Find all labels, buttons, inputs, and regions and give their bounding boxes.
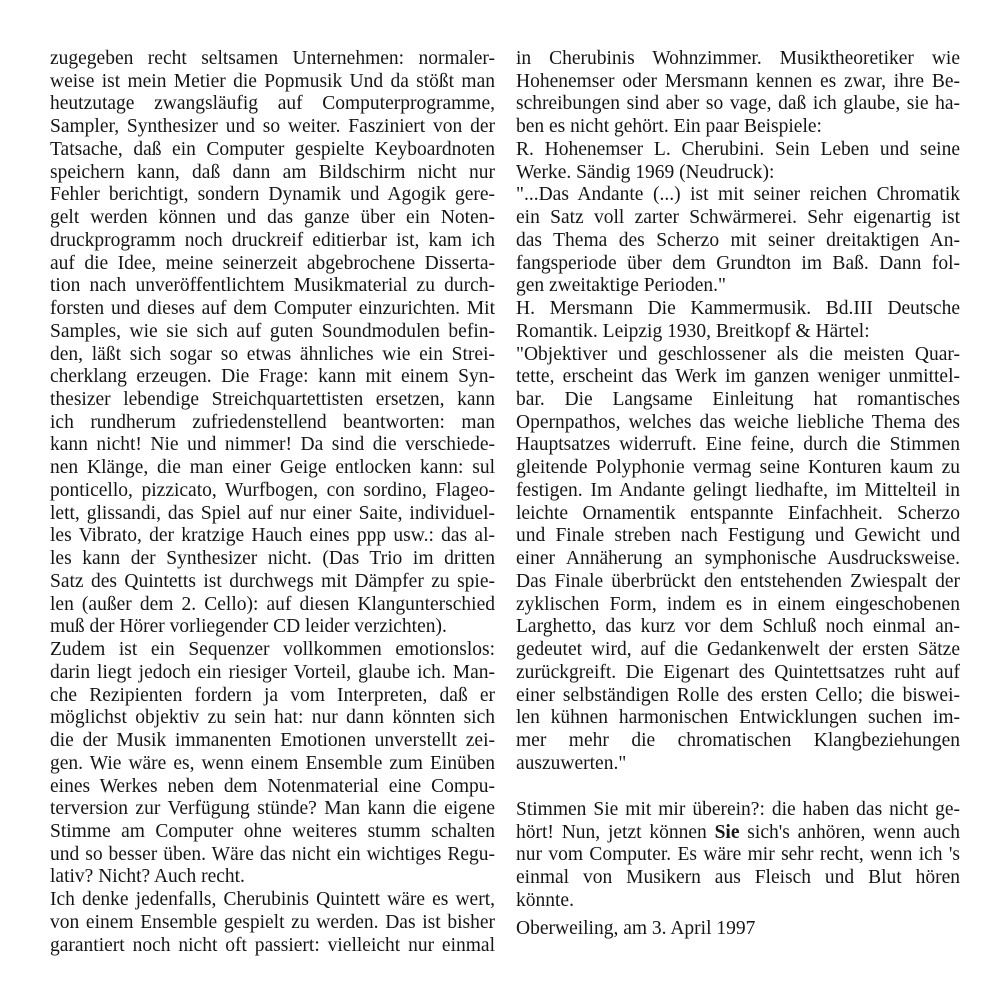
text-line: lativ? Nicht? Auch recht. [50, 866, 495, 889]
quote-line: fangsperiode über dem Grundton im Baß. D… [516, 253, 960, 276]
text-line: kann nicht! Nie und nimmer! Da sind die … [50, 434, 495, 457]
citation-line: Werke. Sändig 1969 (Neudruck): [516, 162, 960, 185]
text-line: heutzutage zwangsläufig auf Computerprog… [50, 93, 495, 116]
quote-line: mer mehr die chromatischen Klangbeziehun… [516, 730, 960, 753]
quote-line: ein Satz voll zarter Schwärmerei. Sehr e… [516, 207, 960, 230]
text-line: cherklang erzeugen. Die Frage: kann mit … [50, 366, 495, 389]
text-line: nur vom Computer. Es wäre mir sehr recht… [516, 844, 960, 867]
left-text-column: zugegeben recht seltsamen Unternehmen: n… [50, 48, 495, 957]
text-line: Satz des Quintetts ist durchwegs mit Däm… [50, 571, 495, 594]
text-line: Tatsache, daß ein Computer gespielte Key… [50, 139, 495, 162]
quote-line: zyklischen Form, indem es in einem einge… [516, 594, 960, 617]
quote-line: Larghetto, das kurz vor dem Schluß noch … [516, 616, 960, 639]
text-line: könnte. [516, 890, 960, 913]
quote-line: gen zweitaktige Perioden." [516, 275, 960, 298]
text-line: Stimme am Computer ohne weiteres stumm s… [50, 821, 495, 844]
text-line: garantiert noch nicht oft passiert: viel… [50, 935, 495, 958]
quote-line: einer selbständigen Rolle des ersten Cel… [516, 685, 960, 708]
closing-paragraph: Stimmen Sie mit mir überein?: die haben … [516, 799, 960, 913]
text-line: Hohenemser oder Mersmann kennen es zwar,… [516, 71, 960, 94]
text-line: Zudem ist ein Sequenzer vollkommen emoti… [50, 639, 495, 662]
quote-line: Opernpathos, welches das weiche lieblich… [516, 412, 960, 435]
quote-line: len kühnen harmonischen Entwicklungen su… [516, 707, 960, 730]
citation-line: Romantik. Leipzig 1930, Breitkopf & Härt… [516, 321, 960, 344]
quote-line: festigen. Im Andante gelingt liedhafte, … [516, 480, 960, 503]
right-text-column: in Cherubinis Wohnzimmer. Musiktheoretik… [516, 48, 960, 940]
text-line: les Vibrato, der kratzige Hauch eines pp… [50, 525, 495, 548]
text-line: gelt werden können und das ganze über ei… [50, 207, 495, 230]
text-line: ben es nicht gehört. Ein paar Beispiele: [516, 116, 960, 139]
text-line: auf die Idee, meine seinerzeit abgebroch… [50, 253, 495, 276]
text-line: che Rezipienten fordern ja vom Interpret… [50, 685, 495, 708]
text-line: Stimmen Sie mit mir überein?: die haben … [516, 799, 960, 822]
quote-line: Das Finale überbrückt den entstehenden Z… [516, 571, 960, 594]
quote-line: bar. Die Langsame Einleitung hat romanti… [516, 389, 960, 412]
quote-line: leichte Ornamentik entspannte Einfachhei… [516, 503, 960, 526]
quote-line: "Objektiver und geschlossener als die me… [516, 344, 960, 367]
text-line: einmal von Musikern aus Fleisch und Blut… [516, 867, 960, 890]
quote-line: gleitende Polyphonie vermag seine Kontur… [516, 457, 960, 480]
quote-line: und Finale streben nach Festigung und Ge… [516, 525, 960, 548]
text-line: tion nach unveröffentlichtem Musikmateri… [50, 275, 495, 298]
quote-line: Hauptsatzes widerruft. Eine feine, durch… [516, 434, 960, 457]
text-line: lett, glissandi, das Spiel auf nur einer… [50, 503, 495, 526]
text-line: weise ist mein Metier die Popmusik Und d… [50, 71, 495, 94]
text-line: zugegeben recht seltsamen Unternehmen: n… [50, 48, 495, 71]
text-line: nen Klänge, die man einer Geige entlocke… [50, 457, 495, 480]
signoff-place-date: Oberweiling, am 3. April 1997 [516, 918, 960, 941]
text-line: den, läßt sich sogar so etwas ähnliches … [50, 344, 495, 367]
quote-line: tette, erscheint das Werk im ganzen weni… [516, 366, 960, 389]
document-page: zugegeben recht seltsamen Unternehmen: n… [0, 0, 1000, 1000]
text-line: terversion zur Verfügung stünde? Man kan… [50, 798, 495, 821]
text-line: die der Musik immanenten Emotionen unver… [50, 730, 495, 753]
text-line: gen. Wie wäre es, wenn einem Ensemble zu… [50, 753, 495, 776]
text-line: darin liegt jedoch ein riesiger Vorteil,… [50, 662, 495, 685]
text-line: Ich denke jedenfalls, Cherubinis Quintet… [50, 889, 495, 912]
text-line: eines Werkes neben dem Notenmaterial ein… [50, 776, 495, 799]
text-line: forsten und dieses auf dem Computer einz… [50, 298, 495, 321]
text-line: und so besser üben. Wäre das nicht ein w… [50, 844, 495, 867]
quote-line: auszuwerten." [516, 753, 960, 776]
quote-line: einer Annäherung an symphonische Ausdruc… [516, 548, 960, 571]
text-line: len (außer dem 2. Cello): auf diesen Kla… [50, 594, 495, 617]
text-line: speichern kann, daß dann am Bildschirm n… [50, 162, 495, 185]
text-line: schreibungen sind aber so vage, daß ich … [516, 93, 960, 116]
text-line: Samples, wie sie sich auf guten Soundmod… [50, 321, 495, 344]
quote-line: zurückgreift. Die Eigenart des Quintetts… [516, 662, 960, 685]
text-line: druckprogramm noch druckreif editierbar … [50, 230, 495, 253]
quote-line: gedeutet wird, auf die Gedankenwelt der … [516, 639, 960, 662]
emphasized-word: Sie [715, 822, 740, 843]
text-line: von einem Ensemble gespielt zu werden. D… [50, 912, 495, 935]
text-line: hört! Nun, jetzt können Sie sich's anhör… [516, 822, 960, 845]
text-line: Sampler, Synthesizer und so weiter. Fasz… [50, 116, 495, 139]
quote-line: das Thema des Scherzo mit seiner dreitak… [516, 230, 960, 253]
text-line: ponticello, pizzicato, Wurfbogen, con so… [50, 480, 495, 503]
text-line: in Cherubinis Wohnzimmer. Musiktheoretik… [516, 48, 960, 71]
text-line: thesizer lebendige Streichquartettisten … [50, 389, 495, 412]
text-segment: sich's anhören, wenn auch [740, 822, 960, 843]
citation-line: R. Hohenemser L. Cherubini. Sein Leben u… [516, 139, 960, 162]
text-line: les kann der Synthesizer nicht. (Das Tri… [50, 548, 495, 571]
quote-line: "...Das Andante (...) ist mit seiner rei… [516, 184, 960, 207]
text-line: muß der Hörer vorliegender CD leider ver… [50, 616, 495, 639]
text-segment: hört! Nun, jetzt können [516, 822, 715, 843]
citation-line: H. Mersmann Die Kammermusik. Bd.III Deut… [516, 298, 960, 321]
text-line: möglichst objektiv zu sein hat: nur dann… [50, 707, 495, 730]
text-line: ich rundherum zufriedenstellend beantwor… [50, 412, 495, 435]
text-line: Fehler berichtigt, sondern Dynamik und A… [50, 184, 495, 207]
